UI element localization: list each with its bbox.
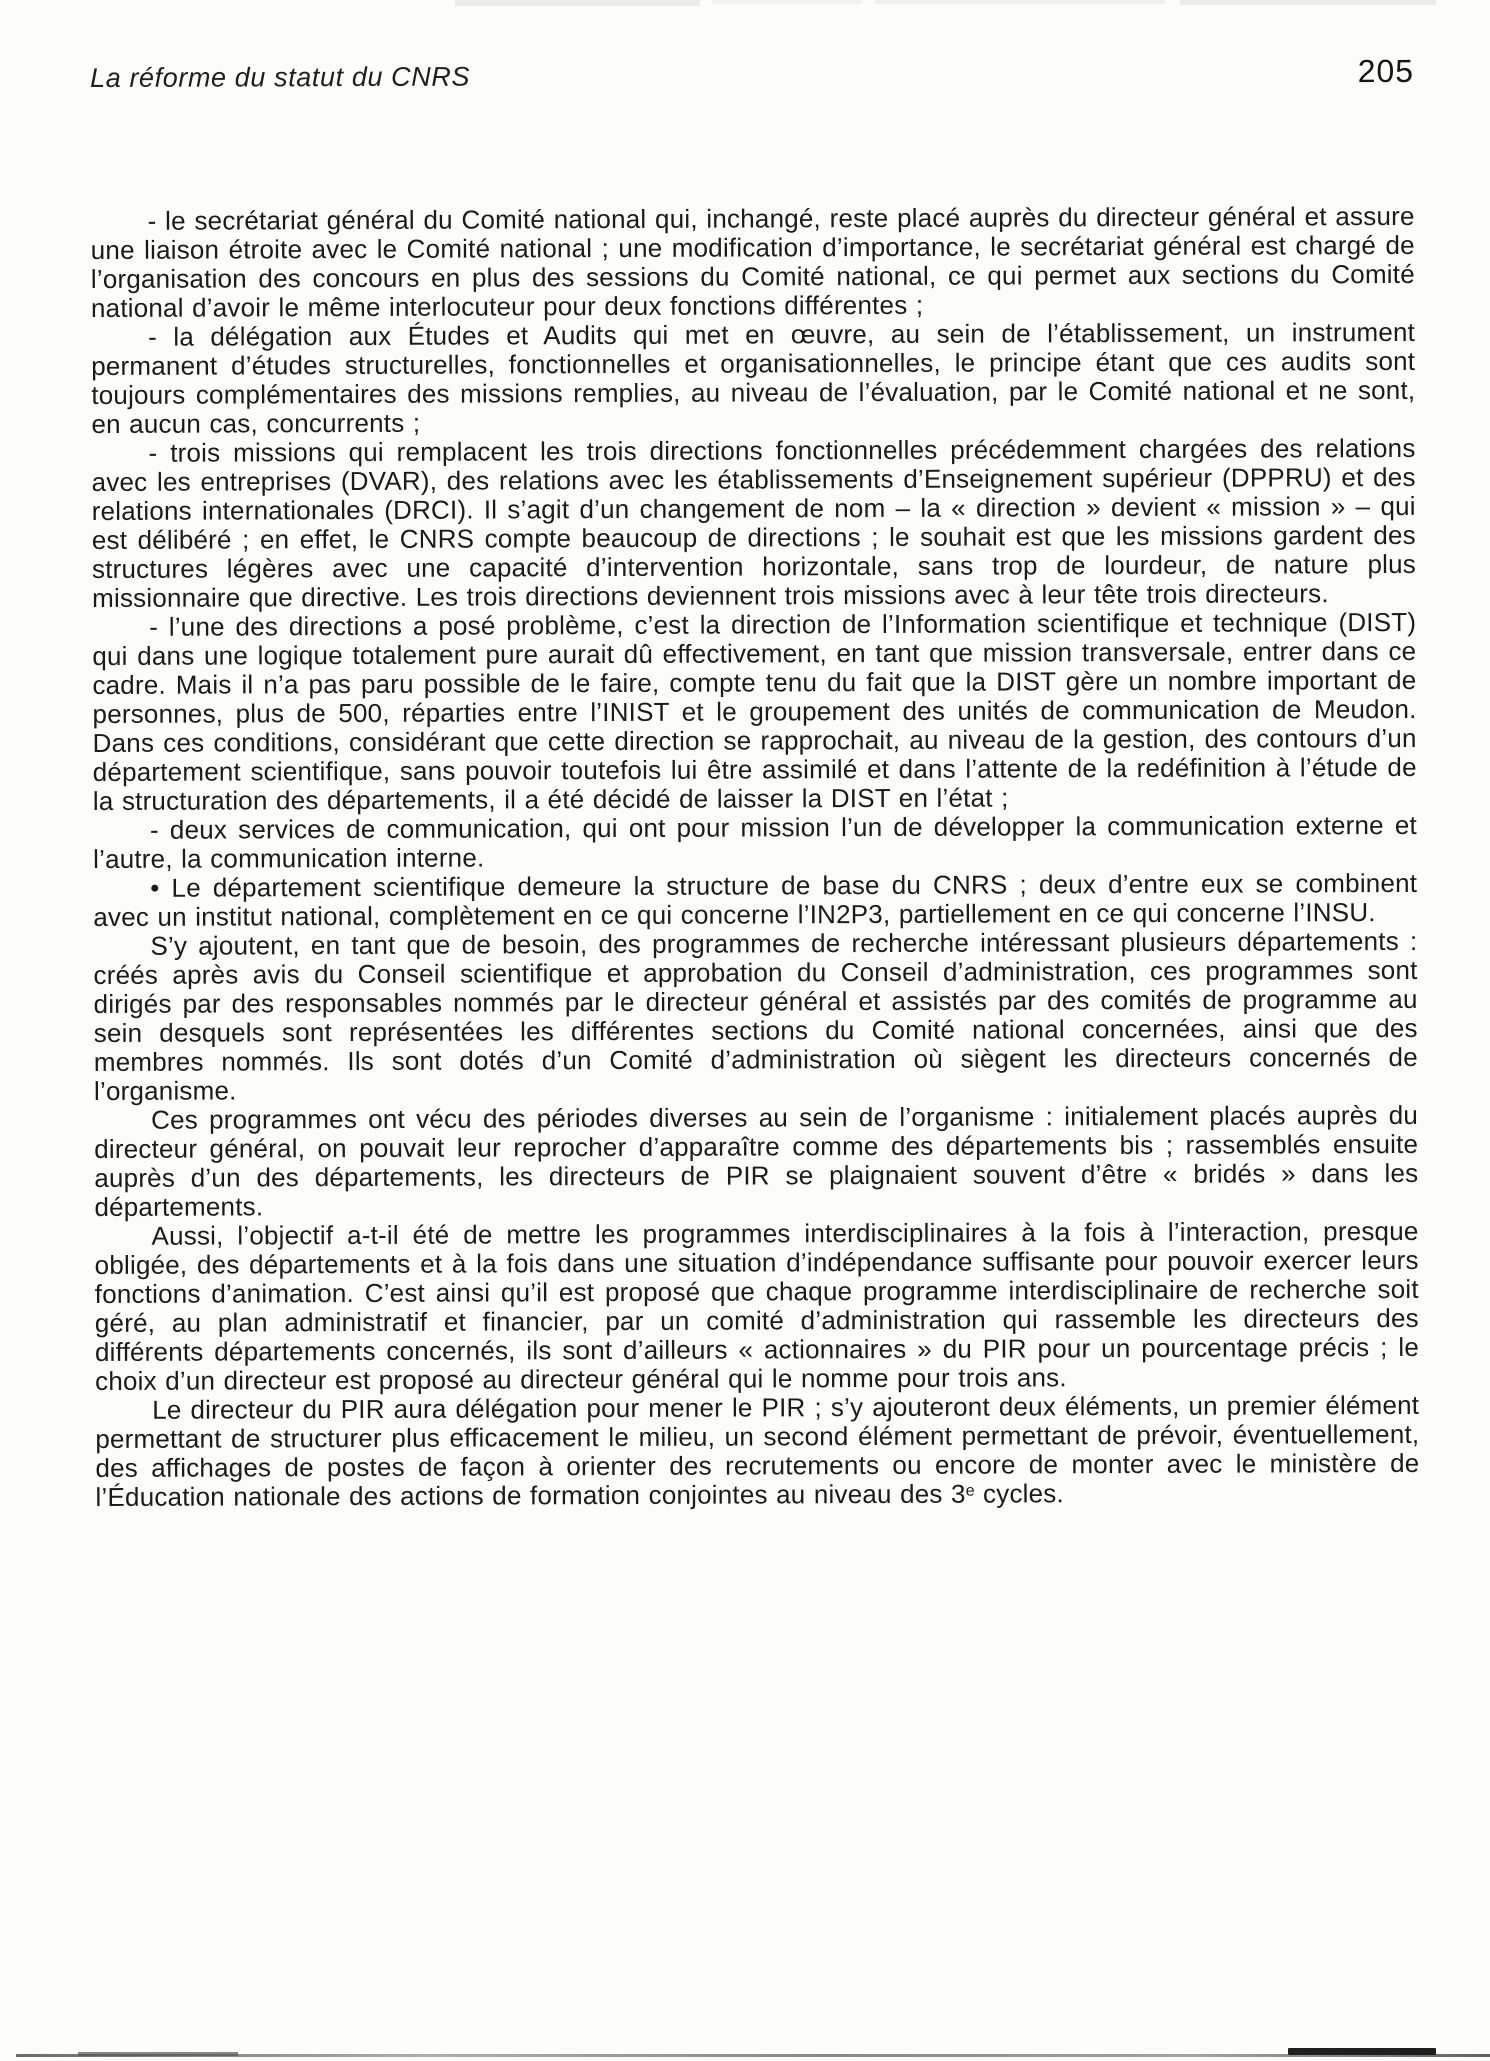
paragraph-direction-dist: - l’une des directions a posé problème, … [92,608,1417,816]
scan-artifact-bottom-dark [1288,2048,1436,2055]
paragraph-objectif-interdisciplinaire: Aussi, l’objectif a-t-il été de mettre l… [94,1217,1419,1396]
scan-artifact-bottom-left [78,2052,238,2056]
body-text: - le secrétariat général du Comité natio… [91,202,1420,1512]
scan-artifact-top [1180,0,1436,5]
scan-artifact-top [875,0,1165,4]
scan-artifact-top [455,0,700,6]
paragraph-text: cycles. [975,1478,1064,1508]
page-number: 205 [1358,53,1415,90]
paragraph-services-communication: - deux services de communication, qui on… [93,811,1417,874]
book-page: La réforme du statut du CNRS 205 - le se… [0,0,1490,2061]
paragraph-departement-scientifique: • Le département scientifique demeure la… [93,869,1417,932]
page-content: La réforme du statut du CNRS 205 - le se… [90,53,1420,1512]
paragraph-trois-missions: - trois missions qui remplacent les troi… [91,434,1416,613]
running-header: La réforme du statut du CNRS 205 [90,53,1414,95]
paragraph-programmes-recherche: S’y ajoutent, en tant que de besoin, des… [93,927,1418,1106]
paragraph-delegation-etudes-audits: - la délégation aux Études et Audits qui… [91,318,1415,439]
ordinal-superscript: e [966,1483,975,1500]
paragraph-directeur-pir: Le directeur du PIR aura délégation pour… [95,1391,1419,1512]
paragraph-secretariat-general: - le secrétariat général du Comité natio… [91,202,1415,323]
paragraph-programmes-periodes: Ces programmes ont vécu des périodes div… [94,1101,1418,1222]
scan-artifact-top [712,0,862,4]
paragraph-text: Le directeur du PIR aura délégation pour… [95,1390,1419,1512]
running-header-title: La réforme du statut du CNRS [90,62,470,94]
